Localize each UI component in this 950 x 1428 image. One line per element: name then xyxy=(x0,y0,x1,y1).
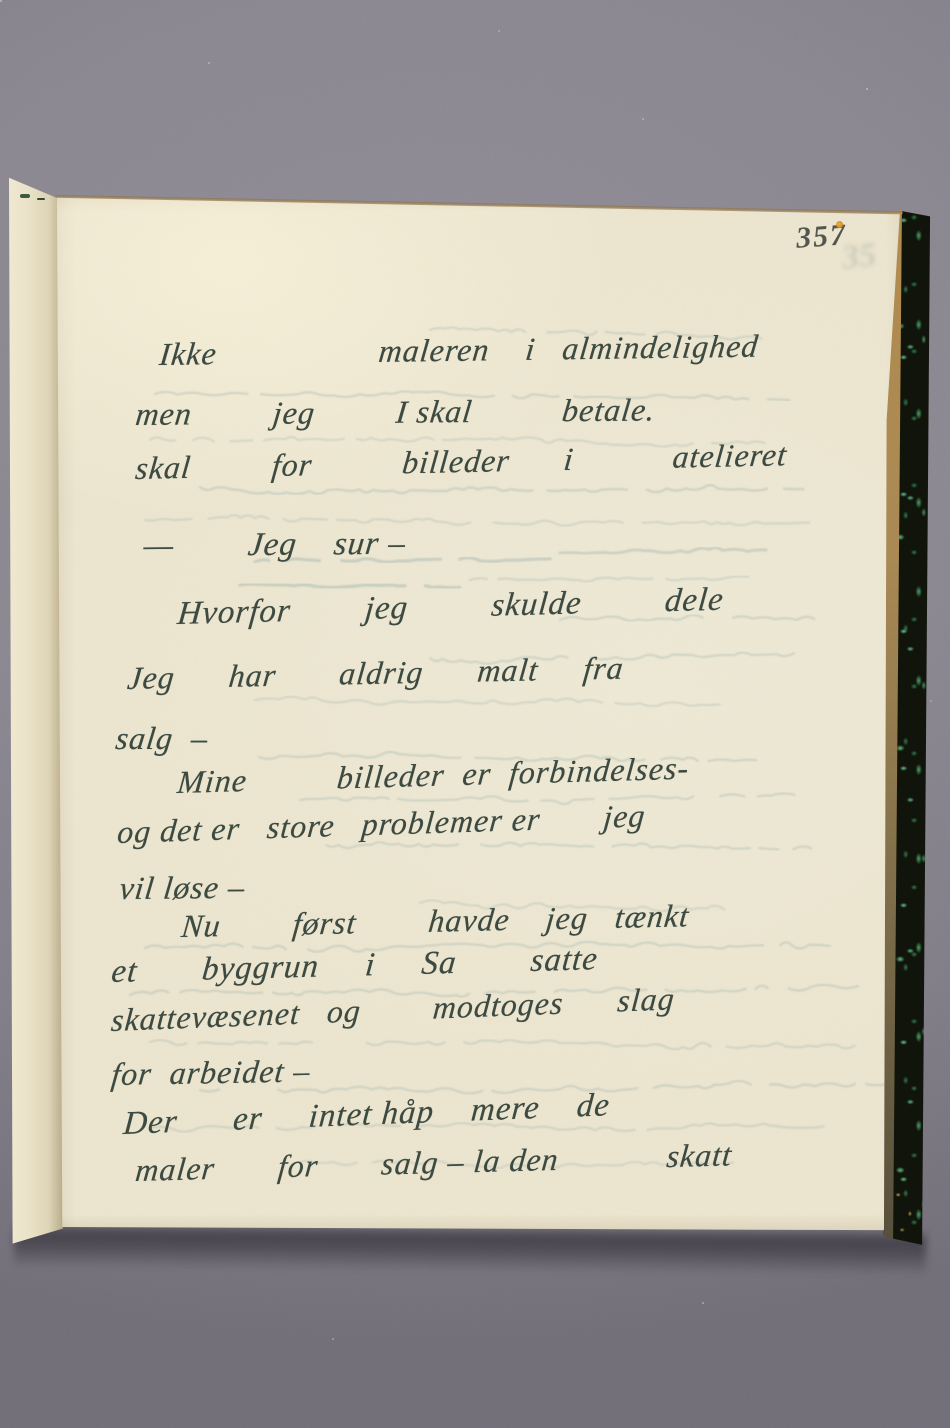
manuscript-line: vil løse – xyxy=(118,871,247,904)
previous-page-edge xyxy=(6,168,66,1248)
book-drop-shadow xyxy=(14,1222,926,1276)
cover-corner-fleck xyxy=(20,194,30,198)
manuscript-line: for arbeidet – xyxy=(110,1054,312,1090)
dust-specks xyxy=(0,0,2,2)
manuscript-line: men jeg I skal betale. xyxy=(134,393,657,430)
manuscript-line: Ikke maleren i almindelighed xyxy=(158,330,760,370)
manuscript-line: — Jeg sur – xyxy=(142,528,408,563)
bleed-through-page-number: 35 xyxy=(840,238,877,275)
cover-corner-wear xyxy=(893,1184,919,1238)
notebook-page: Ikke maleren i almindelighed men jeg I s… xyxy=(36,190,912,1246)
orange-ink-speck xyxy=(836,221,843,228)
notebook-photo: Ikke maleren i almindelighed men jeg I s… xyxy=(0,0,950,1428)
manuscript-line: salg – xyxy=(114,722,210,754)
ink-bleed-through-layer xyxy=(0,0,950,1428)
